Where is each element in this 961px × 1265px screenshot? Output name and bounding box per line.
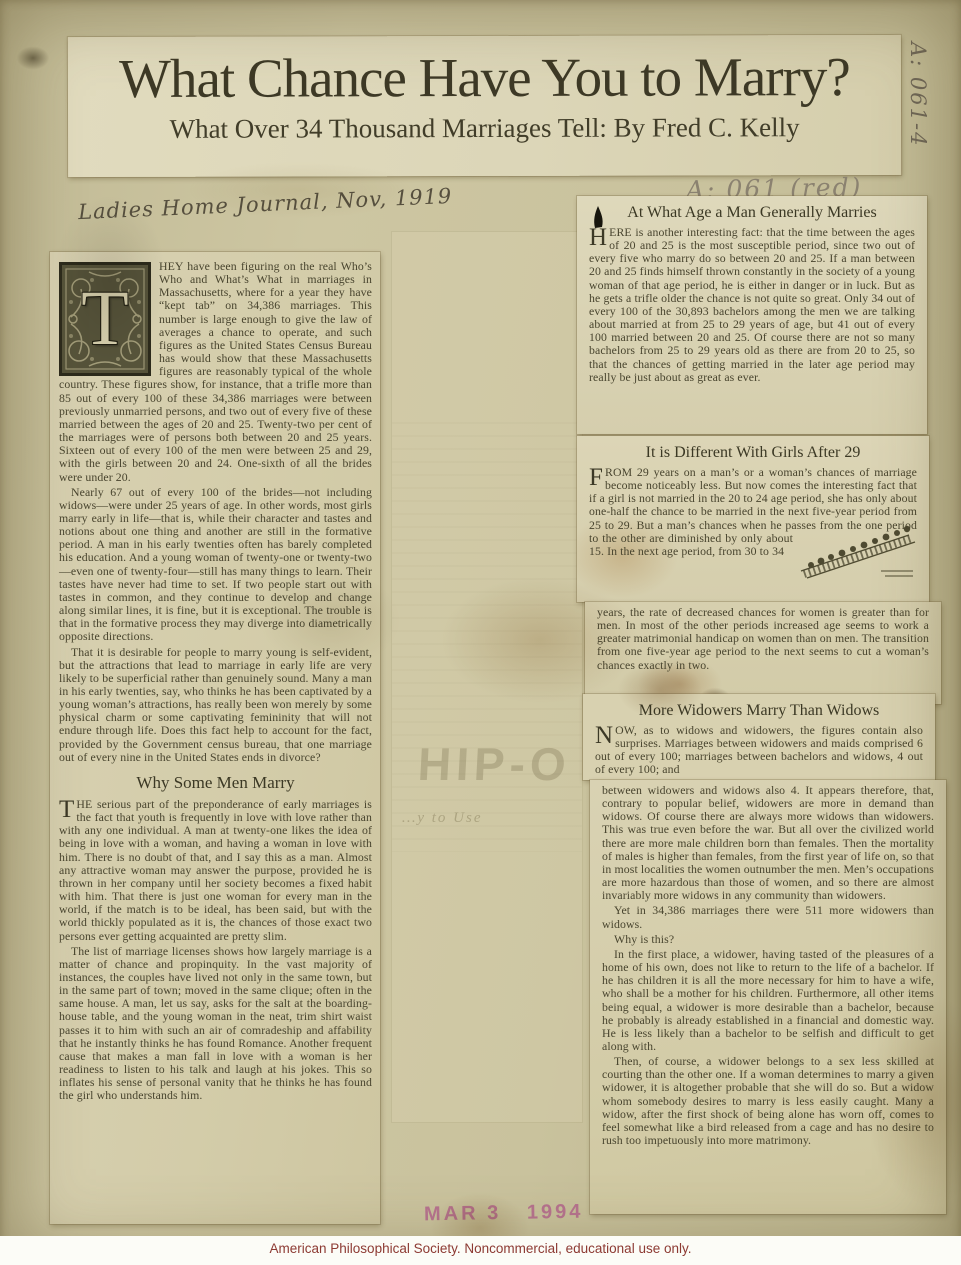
bleed-through-headline: HIP-O [417, 737, 590, 791]
footer-credit: American Philosophical Society. Noncomme… [0, 1236, 961, 1256]
article-clipping-right-3: years, the rate of decreased chances for… [585, 602, 941, 704]
article-clipping-right-4: More Widowers Marry Than Widows NOW, as … [583, 694, 935, 780]
article-clipping-right-1: At What Age a Man Generally Marries HERE… [577, 196, 927, 434]
article-paragraph: FROM 29 years on a man’s or a woman’s ch… [589, 466, 917, 558]
article-paragraph: That it is desirable for people to marry… [59, 646, 372, 764]
section-heading-why-some-men-marry: Why Some Men Marry [59, 773, 372, 793]
handwritten-source-note: Ladies Home Journal, Nov, 1919 [78, 184, 453, 224]
scanned-scrapbook-page: { "header": { "title": "What Chance Have… [0, 0, 961, 1265]
article-clipping-right-5: between widowers and widows also 4. It a… [590, 780, 946, 1214]
section-heading-at-what-age: At What Age a Man Generally Marries [589, 204, 915, 222]
paragraph-text: OW, as to widows and widowers, the figur… [595, 723, 923, 776]
article-clipping-right-2: It is Different With Girls After 29 FROM… [577, 436, 929, 602]
heading-text: At What Age a Man Generally Marries [627, 204, 876, 221]
article-clipping-left: T HEY have been figuring on the real Who… [50, 252, 380, 1224]
initial-letter: F [589, 466, 605, 489]
article-paragraph: In the first place, a widower, having ta… [602, 948, 934, 1053]
section-heading-different-with-girls: It is Different With Girls After 29 [589, 444, 917, 462]
article-paragraph: THE serious part of the preponderance of… [59, 798, 372, 943]
ink-mark [591, 205, 605, 234]
article-paragraph: Yet in 34,386 marriages there were 511 m… [602, 904, 934, 930]
paragraph-text: ERE is another interesting fact: that th… [589, 225, 915, 384]
section-heading-more-widowers: More Widowers Marry Than Widows [595, 702, 923, 720]
dropcap-letter: T [59, 264, 151, 372]
date-stamp: MAR 3 1994 [424, 1201, 584, 1227]
article-paragraph: Then, of course, a widower belongs to a … [602, 1055, 934, 1147]
ornate-dropcap: T [59, 262, 151, 376]
initial-letter: T [59, 798, 76, 821]
clipping-verso-ghost: HIP-O …y to Use [392, 232, 582, 1122]
initial-letter: N [595, 724, 615, 747]
bleed-through-caption: …y to Use [402, 810, 483, 827]
article-paragraph: HERE is another interesting fact: that t… [589, 226, 915, 384]
article-paragraph: Nearly 67 out of every 100 of the brides… [59, 486, 372, 644]
article-paragraph: NOW, as to widows and widowers, the figu… [595, 724, 923, 777]
footer-bar: American Philosophical Society. Noncomme… [0, 1236, 961, 1265]
article-paragraph: Why is this? [602, 933, 934, 946]
article-paragraph: years, the rate of decreased chances for… [597, 606, 929, 672]
page-subtitle: What Over 34 Thousand Marriages Tell: By… [68, 112, 901, 145]
article-paragraph: between widowers and widows also 4. It a… [602, 784, 934, 902]
paragraph-text: HE serious part of the preponderance of … [59, 797, 372, 943]
page-title: What Chance Have You to Marry? [76, 45, 893, 110]
article-paragraph: The list of marriage licenses shows how … [59, 945, 372, 1103]
headline-clipping: What Chance Have You to Marry? What Over… [68, 35, 901, 177]
